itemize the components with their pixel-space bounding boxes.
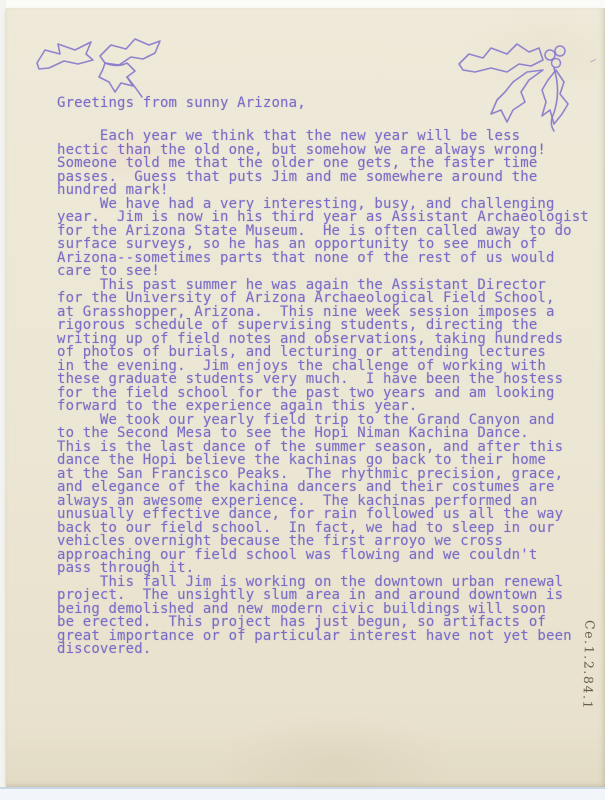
ink-speck [590,59,598,66]
greeting-line: Greetings from sunny Arizona, [57,97,306,111]
letter-body-text: Each year we think that the new year wil… [57,130,589,657]
letter-paper: Greetings from sunny Arizona, Each year … [6,8,605,787]
catalog-number-handwritten: Ce.1.2.84.1 [579,620,597,740]
holly-sprig-icon [450,25,585,135]
scanner-edge-bottom [0,787,605,800]
scanned-letter-page: { "letter": { "greeting": "Greetings fro… [0,0,605,800]
